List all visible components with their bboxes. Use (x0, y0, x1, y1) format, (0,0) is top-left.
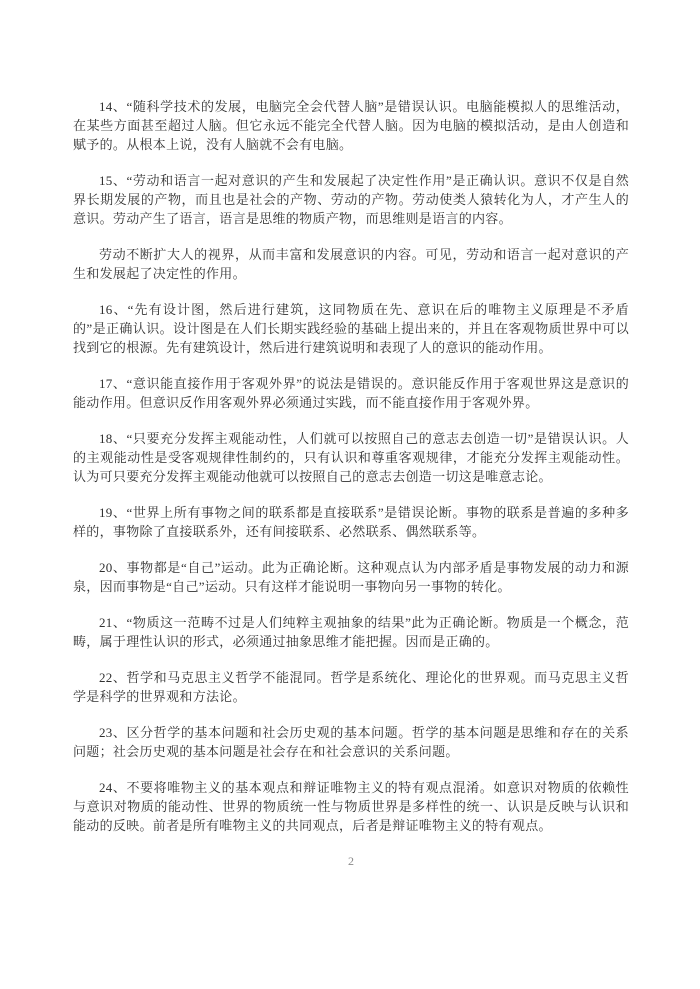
paragraph-item-23: 23、区分哲学的基本问题和社会历史观的基本问题。哲学的基本问题是思维和存在的关系… (73, 723, 629, 761)
paragraph-item-19: 19、“世界上所有事物之间的联系都是直接联系”是错误论断。事物的联系是普遍的多种… (73, 503, 629, 541)
paragraph-item-24: 24、不要将唯物主义的基本观点和辩证唯物主义的特有观点混淆。如意识对物质的依赖性… (73, 778, 629, 835)
paragraph-item-14: 14、“随科学技术的发展，电脑完全会代替人脑”是错误认识。电脑能模拟人的思维活动… (73, 97, 629, 154)
page-number: 2 (348, 854, 354, 868)
paragraph-item-18: 18、“只要充分发挥主观能动性，人们就可以按照自己的意志去创造一切”是错误认识。… (73, 429, 629, 486)
paragraph-item-15: 15、“劳动和语言一起对意识的产生和发展起了决定性作用”是正确认识。意识不仅是自… (73, 171, 629, 228)
paragraph-item-21: 21、“物质这一范畴不过是人们纯粹主观抽象的结果”此为正确论断。物质是一个概念，… (73, 613, 629, 651)
document-body: 14、“随科学技术的发展，电脑完全会代替人脑”是错误认识。电脑能模拟人的思维活动… (73, 97, 629, 835)
page-footer: 2 (73, 852, 629, 870)
document-page: 14、“随科学技术的发展，电脑完全会代替人脑”是错误认识。电脑能模拟人的思维活动… (0, 0, 700, 989)
paragraph-item-22: 22、哲学和马克思主义哲学不能混同。哲学是系统化、理论化的世界观。而马克思主义哲… (73, 668, 629, 706)
paragraph-item-16: 16、“先有设计图，然后进行建筑，这同物质在先、意识在后的唯物主义原理是不矛盾的… (73, 300, 629, 357)
paragraph-item-20: 20、事物都是“自己”运动。此为正确论断。这种观点认为内部矛盾是事物发展的动力和… (73, 558, 629, 596)
paragraph-item-17: 17、“意识能直接作用于客观外界”的说法是错误的。意识能反作用于客观世界这是意识… (73, 374, 629, 412)
paragraph-item-15-continued: 劳动不断扩大人的视界，从而丰富和发展意识的内容。可见，劳动和语言一起对意识的产生… (73, 245, 629, 283)
